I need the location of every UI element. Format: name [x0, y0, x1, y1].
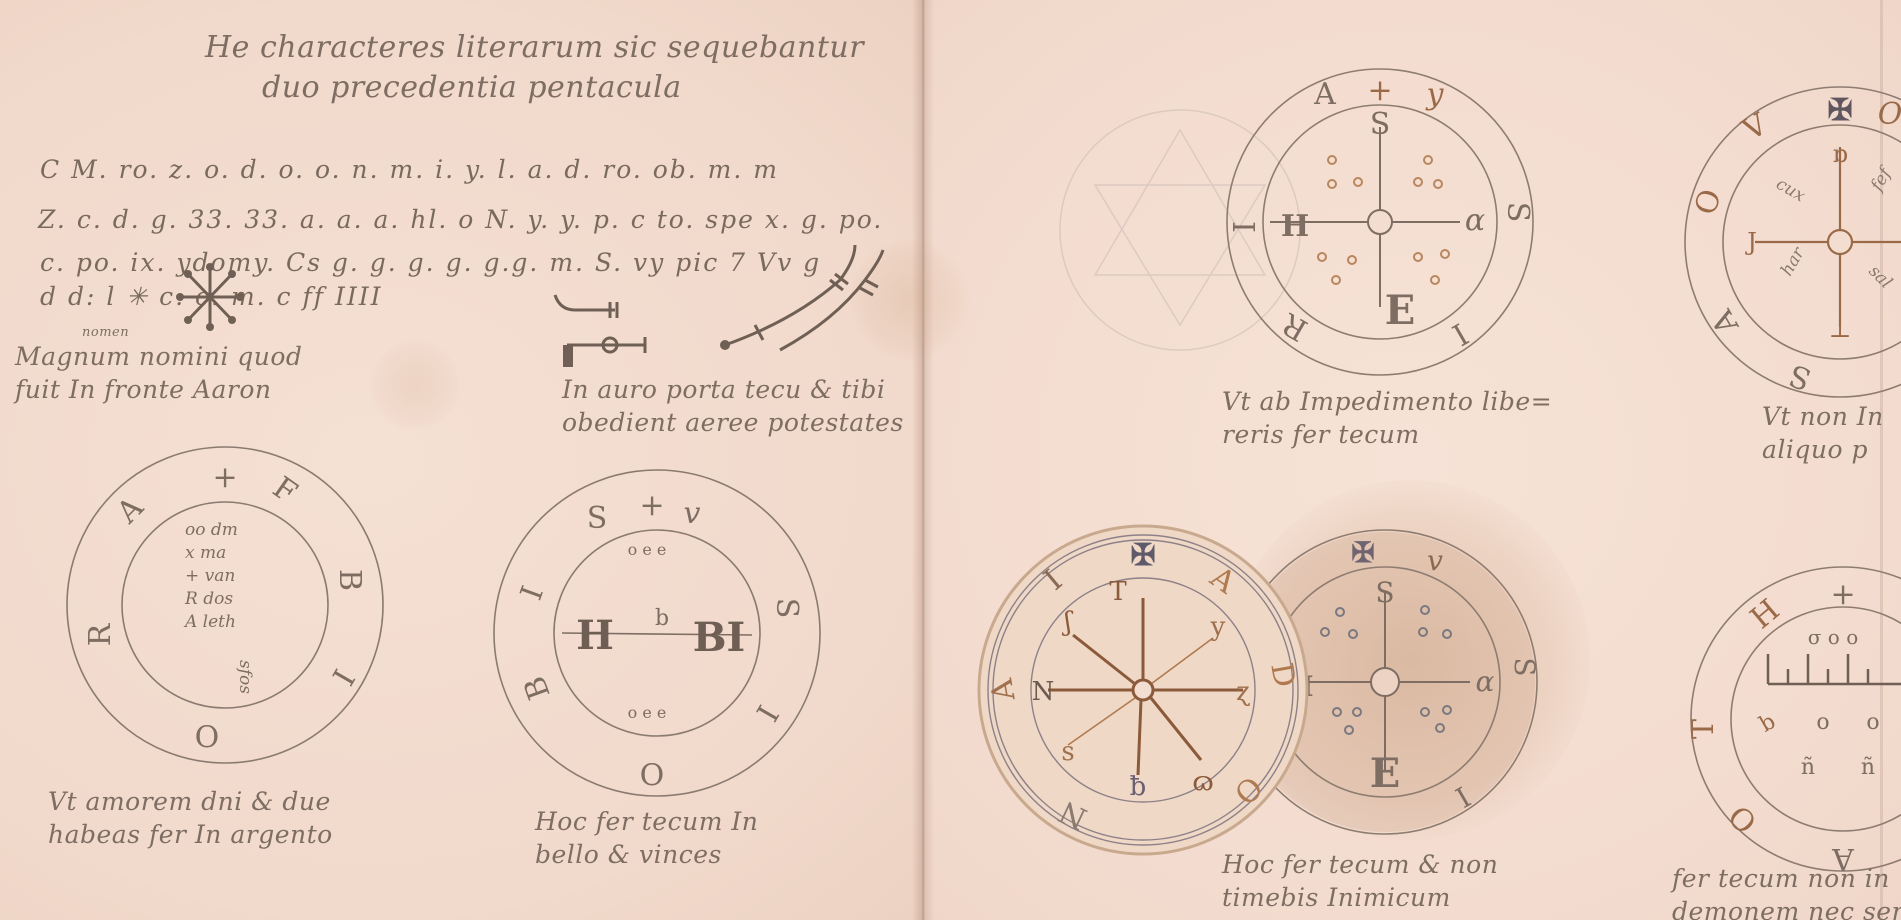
svg-text:o: o: [1866, 710, 1879, 735]
svg-text:A: A: [1705, 303, 1747, 340]
superscript-note: nomen: [82, 325, 129, 340]
svg-text:v: v: [684, 496, 701, 531]
asterisk-sigil-icon: [170, 262, 250, 332]
svg-text:O: O: [1688, 185, 1729, 220]
caption-bello: Hoc fer tecum In bello & vinces: [535, 805, 758, 871]
seal-non-inimicus: ✠ O V O A S ɒ J ⊥ cux har sal fef: [1685, 87, 1901, 397]
svg-text:I: I: [514, 582, 551, 605]
svg-text:H: H: [1281, 209, 1309, 244]
seal-demonem: + H T O A σ o o b o o ñ ñ: [1688, 564, 1901, 874]
svg-text:oo dm: oo dm: [185, 520, 238, 540]
svg-text:S: S: [769, 598, 804, 619]
svg-text:+: +: [1367, 73, 1392, 108]
svg-text:ɷ: ɷ: [1192, 767, 1213, 797]
svg-text:O: O: [195, 717, 220, 752]
svg-text:BI: BI: [693, 614, 746, 661]
svg-text:S: S: [1370, 107, 1391, 142]
caption-in-auro: In auro porta tecu & tibi obedient aeree…: [562, 373, 904, 439]
svg-text:fef: fef: [1866, 163, 1897, 197]
svg-text:sal: sal: [1864, 261, 1895, 292]
svg-text:A: A: [110, 490, 151, 531]
svg-text:s: s: [1061, 737, 1074, 767]
svg-text:+: +: [212, 460, 237, 495]
svg-text:N: N: [1032, 677, 1055, 707]
svg-text:S: S: [1785, 357, 1816, 397]
svg-text:S: S: [1500, 202, 1535, 223]
svg-text:+: +: [1830, 577, 1855, 612]
svg-text:ɒ: ɒ: [1832, 140, 1847, 168]
svg-text:y: y: [1425, 77, 1445, 112]
heading-line-2: duo precedentia pentacula: [262, 70, 682, 105]
svg-text:B: B: [517, 671, 557, 704]
svg-text:⊥: ⊥: [1829, 315, 1852, 343]
svg-text:x ma: x ma: [185, 543, 226, 563]
svg-text:v: v: [1427, 544, 1443, 577]
svg-text:S: S: [1375, 576, 1394, 609]
svg-text:ñ: ñ: [1861, 755, 1875, 780]
svg-text:har: har: [1777, 243, 1809, 279]
svg-text:O: O: [1878, 97, 1901, 132]
caption-demonem: fer tecum non in demonem nec serp: [1672, 862, 1901, 920]
svg-text:O: O: [1722, 798, 1764, 840]
seal-impedimento: + A y S I R I S α H E: [1225, 67, 1535, 377]
svg-text:ƀ: ƀ: [1130, 772, 1147, 802]
svg-text:R dos: R dos: [184, 589, 233, 609]
character-row-3: c. po. ix. ydomy. Cs g. g. g. g. g.g. m.…: [40, 248, 821, 277]
svg-text:I: I: [1228, 221, 1263, 233]
svg-text:✠: ✠: [1827, 93, 1852, 128]
svg-text:V: V: [1736, 106, 1774, 148]
svg-text:T: T: [1686, 719, 1721, 739]
seal-adonai: ✠ A D O N A I T y ɀ ɷ ƀ s N ʃ: [976, 523, 1310, 857]
svg-text:+ van: + van: [185, 566, 235, 586]
svg-text:R: R: [83, 622, 118, 646]
svg-text:o: o: [1816, 710, 1829, 735]
caption-inimicum: Hoc fer tecum & non timebis Inimicum: [1222, 848, 1498, 914]
seal-bello: + v S S I O B I o e e o e e H BI b: [492, 468, 822, 798]
svg-text:I: I: [324, 663, 360, 691]
svg-text:o e e: o e e: [628, 540, 667, 559]
svg-text:y: y: [1210, 612, 1226, 642]
caption-magnum-nomen: Magnum nomini quod fuit In fronte Aaron: [15, 340, 302, 406]
caption-impedimento: Vt ab Impedimento libe= reris fer tecum: [1222, 385, 1552, 451]
heading-line-1: He characteres literarum sic sequebantur: [205, 30, 864, 65]
svg-text:R: R: [1275, 305, 1313, 347]
svg-text:T: T: [1109, 577, 1127, 607]
character-row-2: Z. c. d. g. 33. 33. a. a. a. hl. o N. y.…: [38, 205, 883, 234]
svg-text:ñ: ñ: [1801, 755, 1815, 780]
svg-text:J: J: [1744, 228, 1757, 256]
svg-text:α: α: [1465, 203, 1485, 238]
svg-text:A leth: A leth: [183, 612, 236, 632]
svg-text:I: I: [1446, 315, 1474, 351]
caption-non-inimicus: Vt non In aliquo p: [1762, 400, 1884, 466]
svg-text:b: b: [655, 606, 669, 631]
svg-text:S: S: [587, 501, 608, 536]
svg-text:sfos: sfos: [235, 660, 255, 694]
svg-text:F: F: [266, 470, 303, 511]
key-glyph-icon: [555, 290, 665, 370]
svg-text:H: H: [576, 612, 614, 659]
svg-text:B: B: [332, 569, 367, 591]
seal-amorem: + F B I O R A oo dm x ma + van R dos A l…: [63, 443, 387, 767]
svg-text:ɀ: ɀ: [1236, 677, 1250, 707]
svg-text:o e e: o e e: [628, 703, 667, 722]
svg-text:cux: cux: [1773, 174, 1809, 207]
water-stain: [370, 340, 460, 430]
svg-text:σ o o: σ o o: [1808, 625, 1858, 649]
svg-text:I: I: [748, 699, 784, 727]
caption-amorem: Vt amorem dni & due habeas fer In argent…: [48, 785, 333, 851]
svg-text:A: A: [1313, 77, 1336, 112]
svg-text:b: b: [1755, 709, 1780, 738]
book-gutter: [912, 0, 934, 920]
svg-text:O: O: [640, 755, 665, 790]
svg-text:✠: ✠: [1130, 538, 1155, 573]
svg-text:α: α: [1476, 665, 1495, 698]
svg-text:E: E: [1385, 287, 1416, 334]
chain-glyph-icon: [715, 240, 895, 360]
svg-text:✠: ✠: [1351, 536, 1374, 569]
character-row-1: C M. ro. z. o. d. o. o. n. m. i. y. l. a…: [40, 155, 779, 184]
svg-text:+: +: [639, 488, 664, 523]
svg-text:S: S: [1508, 657, 1541, 676]
svg-text:E: E: [1370, 750, 1401, 797]
